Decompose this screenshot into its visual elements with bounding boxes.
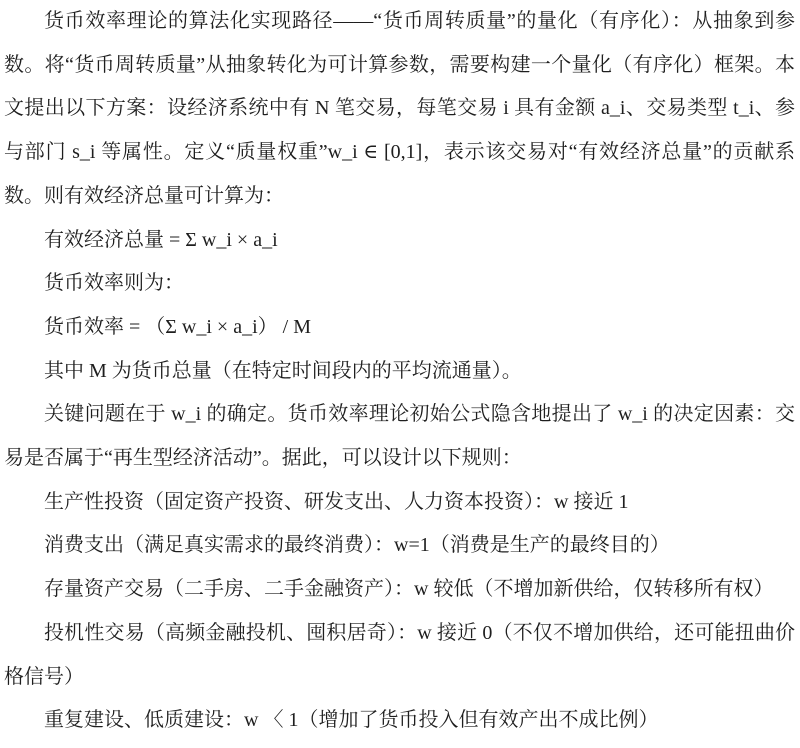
document-body: 货币效率理论的算法化实现路径——“货币周转质量”的量化（有序化）：从抽象到参数。… xyxy=(0,0,800,748)
rule-consumption: 消费支出（满足真实需求的最终消费）：w=1（消费是生产的最终目的） xyxy=(4,524,795,568)
paragraph-intro: 货币效率理论的算法化实现路径——“货币周转质量”的量化（有序化）：从抽象到参数。… xyxy=(4,0,795,219)
rule-stock-asset-trading: 存量资产交易（二手房、二手金融资产）：w 较低（不增加新供给，仅转移所有权） xyxy=(4,568,795,612)
rule-productive-investment: 生产性投资（固定资产投资、研发支出、人力资本投资）：w 接近 1 xyxy=(4,481,795,525)
formula-effective-total: 有效经济总量 = Σ w_i × a_i xyxy=(4,219,795,263)
rule-redundant-construction: 重复建设、低质建设：w 〈 1（增加了货币投入但有效产出不成比例） xyxy=(4,699,795,743)
formula-money-efficiency: 货币效率 = （Σ w_i × a_i） / M xyxy=(4,306,795,350)
paragraph-key-problem: 关键问题在于 w_i 的确定。货币效率理论初始公式隐含地提出了 w_i 的决定因… xyxy=(4,393,795,480)
paragraph-efficiency-label: 货币效率则为： xyxy=(4,262,795,306)
document-page: { "page": { "background_color": "#ffffff… xyxy=(0,0,800,748)
rule-speculative-trading: 投机性交易（高频金融投机、囤积居奇）：w 接近 0（不仅不增加供给，还可能扭曲价… xyxy=(4,612,795,699)
paragraph-m-definition: 其中 M 为货币总量（在特定时间段内的平均流通量）。 xyxy=(4,350,795,394)
